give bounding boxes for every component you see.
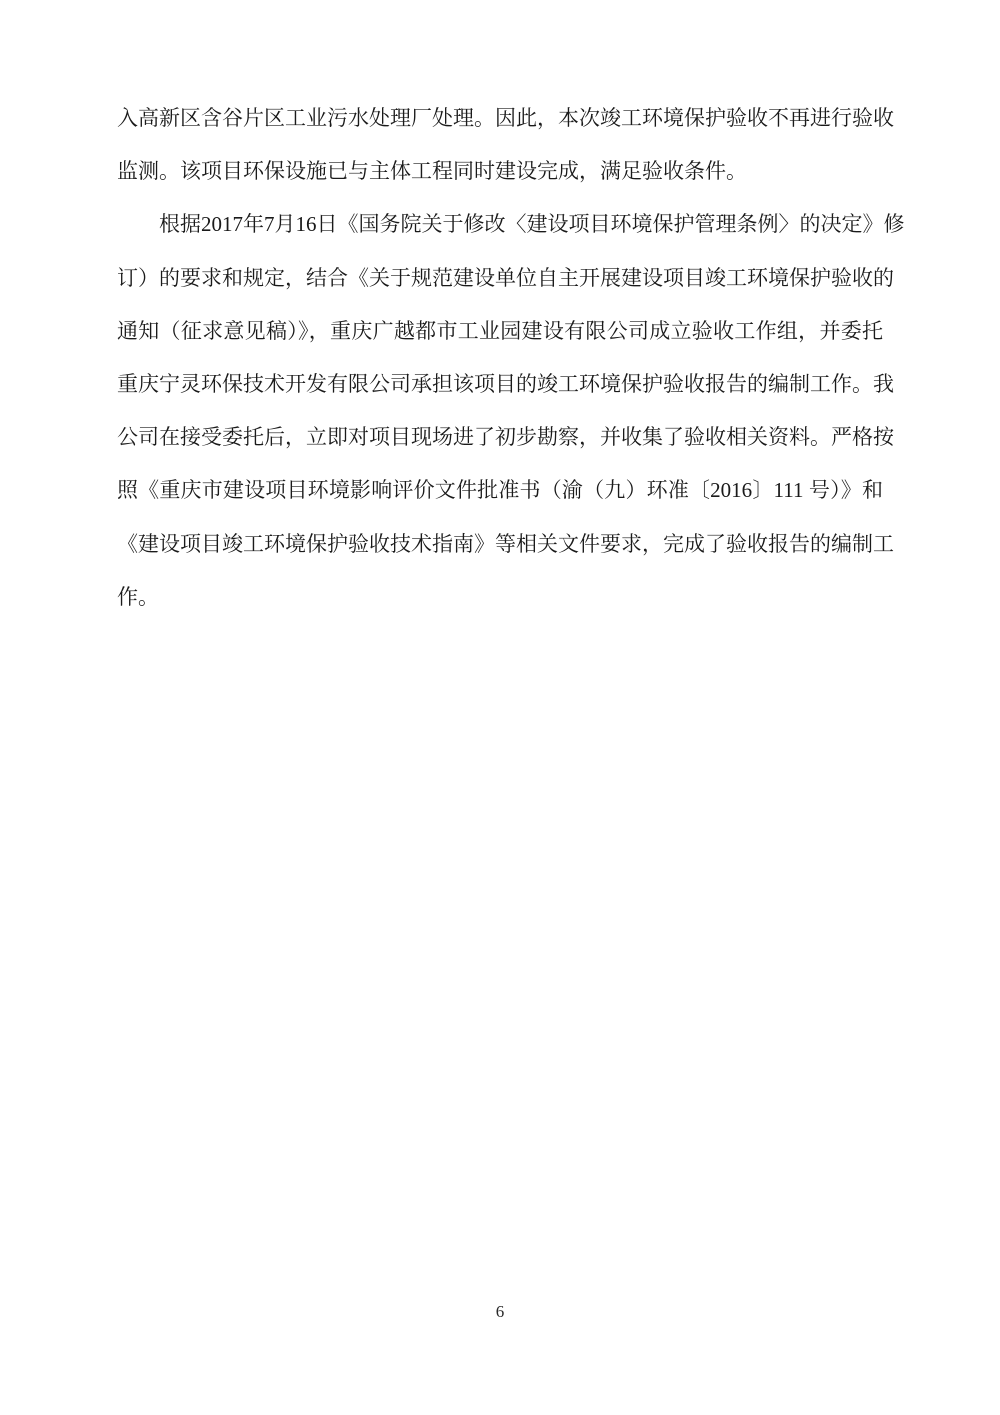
paragraph-continued: 入高新区含谷片区工业污水处理厂处理。因此，本次竣工环境保护验收不再进行验收 监测… xyxy=(117,92,883,198)
text-line: 根据2017年7月16日《国务院关于修改〈建设项目环境保护管理条例〉的决定》修 xyxy=(117,198,883,251)
text-line: 《建设项目竣工环境保护验收技术指南》等相关文件要求，完成了验收报告的编制工 xyxy=(117,518,883,571)
text-line: 订）的要求和规定，结合《关于规范建设单位自主开展建设项目竣工环境保护验收的 xyxy=(117,252,883,305)
text-line: 公司在接受委托后，立即对项目现场进了初步勘察，并收集了验收相关资料。严格按 xyxy=(117,411,883,464)
paragraph-main: 根据2017年7月16日《国务院关于修改〈建设项目环境保护管理条例〉的决定》修 … xyxy=(117,198,883,624)
page-number: 6 xyxy=(496,1302,505,1321)
document-page: 入高新区含谷片区工业污水处理厂处理。因此，本次竣工环境保护验收不再进行验收 监测… xyxy=(0,0,1000,1415)
text-line: 照《重庆市建设项目环境影响评价文件批准书（渝（九）环准〔2016〕111 号）》… xyxy=(117,464,883,517)
text-line: 入高新区含谷片区工业污水处理厂处理。因此，本次竣工环境保护验收不再进行验收 xyxy=(117,92,883,145)
text-line: 作。 xyxy=(117,571,883,624)
text-line: 通知（征求意见稿）》，重庆广越都市工业园建设有限公司成立验收工作组，并委托 xyxy=(117,305,883,358)
page-footer: 6 xyxy=(0,1300,1000,1324)
document-body: 入高新区含谷片区工业污水处理厂处理。因此，本次竣工环境保护验收不再进行验收 监测… xyxy=(117,92,883,624)
text-line: 监测。该项目环保设施已与主体工程同时建设完成，满足验收条件。 xyxy=(117,145,883,198)
text-line: 重庆宁灵环保技术开发有限公司承担该项目的竣工环境保护验收报告的编制工作。我 xyxy=(117,358,883,411)
